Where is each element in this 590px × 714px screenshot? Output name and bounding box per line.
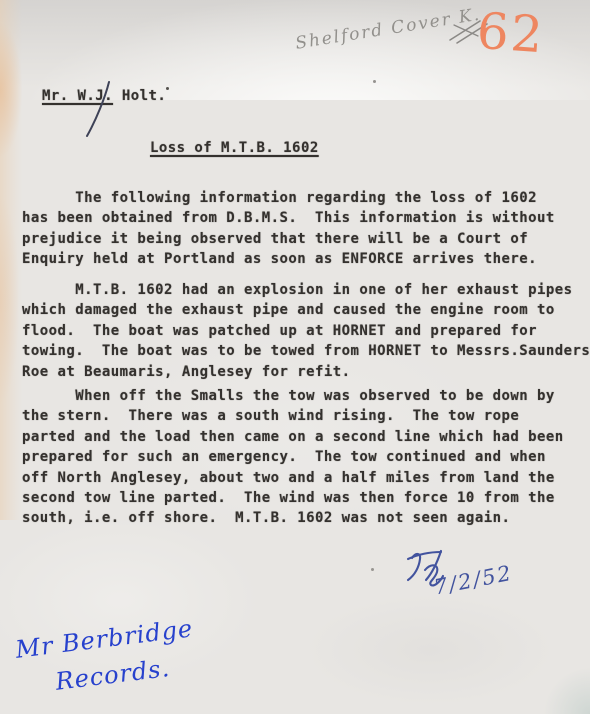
bottom-right-smudge [470, 604, 590, 714]
document-title: Loss of M.T.B. 1602 [150, 140, 319, 156]
ink-speck [373, 80, 376, 83]
ink-speck [166, 87, 169, 90]
pen-slash-mark [82, 78, 114, 140]
bottom-note-records: Records. [54, 654, 172, 696]
paragraph-2: M.T.B. 1602 had an explosion in one of h… [22, 280, 590, 382]
paragraph-3: When off the Smalls the tow was observed… [22, 386, 564, 529]
recipient-rest-part: Holt. [113, 88, 166, 104]
document-page: Shelford Cover K. 62 Mr. W.J. Holt. Loss… [0, 0, 590, 714]
ink-speck [371, 568, 374, 571]
scan-left-edge-tint [0, 0, 22, 520]
paragraph-1: The following information regarding the … [22, 188, 555, 270]
page-number-annotation: 62 [475, 2, 547, 65]
